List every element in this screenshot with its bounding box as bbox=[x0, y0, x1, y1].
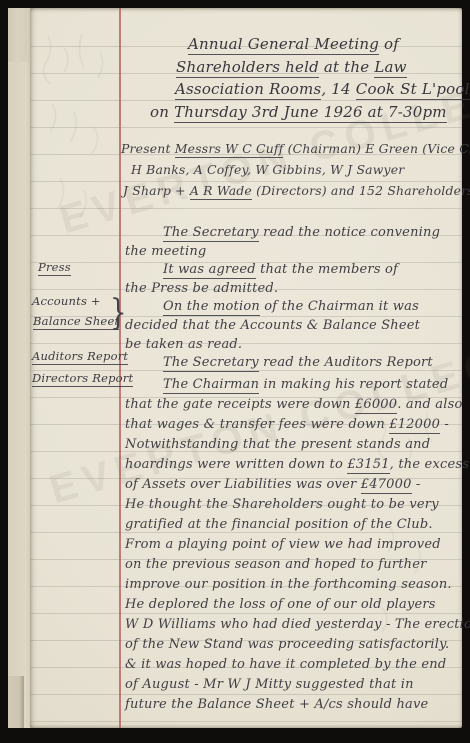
title-line: on Thursday 3rd June 1926 at 7-30pm bbox=[150, 104, 447, 121]
body-line: He deplored the loss of one of our old p… bbox=[125, 598, 436, 612]
margin-note: Auditors Report bbox=[32, 350, 128, 363]
body-line: The Secretary read the notice convening bbox=[163, 226, 440, 240]
body-line: decided that the Accounts & Balance Shee… bbox=[125, 319, 420, 333]
body-line: the Press be admitted. bbox=[125, 282, 278, 296]
body-line: He thought the Shareholders ought to be … bbox=[125, 498, 439, 512]
underlined-phrase: Directors Report bbox=[32, 371, 133, 387]
underlined-phrase: Association Rooms bbox=[175, 80, 321, 100]
body-line: hoardings were written down to £3151, th… bbox=[125, 458, 469, 472]
title-line: Association Rooms, 14 Cook St L'pool bbox=[175, 81, 470, 98]
body-line: that wages & transfer fees were down £12… bbox=[125, 418, 449, 432]
body-line: of Assets over Liabilities was over £470… bbox=[125, 478, 421, 492]
underlined-phrase: £47000 bbox=[361, 477, 412, 494]
margin-note: Accounts + bbox=[32, 295, 101, 308]
body-line: that the gate receipts were down £6000. … bbox=[125, 398, 463, 412]
underlined-phrase: £3151 bbox=[347, 457, 389, 474]
title-line: Shareholders held at the Law bbox=[176, 59, 407, 76]
present-line: J Sharp + A R Wade (Directors) and 152 S… bbox=[123, 184, 470, 198]
underlined-phrase: Messrs W C Cuff bbox=[175, 141, 284, 158]
body-line: the meeting bbox=[125, 245, 206, 259]
body-line: gratified at the financial position of t… bbox=[125, 518, 433, 532]
underlined-phrase: A R Wade bbox=[190, 183, 252, 200]
underlined-phrase: £12000 bbox=[389, 417, 440, 434]
body-line: of August - Mr W J Mitty suggested that … bbox=[125, 678, 414, 692]
underlined-phrase: On the motion bbox=[163, 299, 260, 316]
underlined-phrase: Law bbox=[374, 58, 406, 78]
body-line: & it was hoped to have it completed by t… bbox=[125, 658, 446, 672]
underlined-phrase: The Secretary bbox=[163, 225, 259, 242]
body-line: W D Williams who had died yesterday - Th… bbox=[125, 618, 470, 632]
scanned-document-page: EVERTON COLLECTION EVERTON COLLECTION An… bbox=[0, 0, 470, 743]
underlined-phrase: Shareholders held bbox=[176, 58, 319, 78]
margin-brace: } bbox=[110, 293, 127, 334]
body-line: From a playing point of view we had impr… bbox=[125, 538, 441, 552]
body-line: The Chairman in making his report stated bbox=[163, 378, 448, 392]
underlined-phrase: The Chairman bbox=[163, 377, 259, 394]
underlined-phrase: Auditors Report bbox=[32, 349, 128, 365]
margin-note: Balance Sheet bbox=[33, 315, 119, 328]
underlined-phrase: Thursday 3rd June 1926 at 7-30pm bbox=[174, 103, 447, 123]
underlined-phrase: It was agreed bbox=[163, 262, 256, 279]
underlined-phrase: Cook St L'pool bbox=[356, 80, 470, 100]
body-line: on the previous season and hoped to furt… bbox=[125, 558, 427, 572]
body-line: future the Balance Sheet + A/cs should h… bbox=[125, 698, 428, 712]
underlined-phrase: £6000 bbox=[355, 397, 397, 414]
body-line: On the motion of the Chairman it was bbox=[163, 300, 419, 314]
body-line: be taken as read. bbox=[125, 338, 242, 352]
present-line: Present Messrs W C Cuff (Chairman) E Gre… bbox=[121, 142, 470, 156]
margin-note: Directors Report bbox=[32, 372, 133, 385]
underlined-phrase: Annual General Meeting bbox=[188, 35, 379, 55]
title-line: Annual General Meeting of bbox=[188, 36, 399, 53]
underlined-phrase: Press bbox=[38, 260, 71, 276]
body-line: improve our position in the forthcoming … bbox=[125, 578, 452, 592]
body-line: It was agreed that the members of bbox=[163, 263, 398, 277]
margin-note: Press bbox=[38, 261, 71, 274]
book-gutter-bottom-flap bbox=[8, 676, 24, 728]
underlined-phrase: Balance Sheet bbox=[33, 314, 119, 330]
present-line: H Banks, A Coffey, W Gibbins, W J Sawyer bbox=[131, 163, 404, 177]
body-line: The Secretary read the Auditors Report bbox=[163, 356, 433, 370]
body-line: of the New Stand was proceeding satisfac… bbox=[125, 638, 449, 652]
underlined-phrase: The Secretary bbox=[163, 355, 259, 372]
body-line: Notwithstanding that the present stands … bbox=[125, 438, 430, 452]
